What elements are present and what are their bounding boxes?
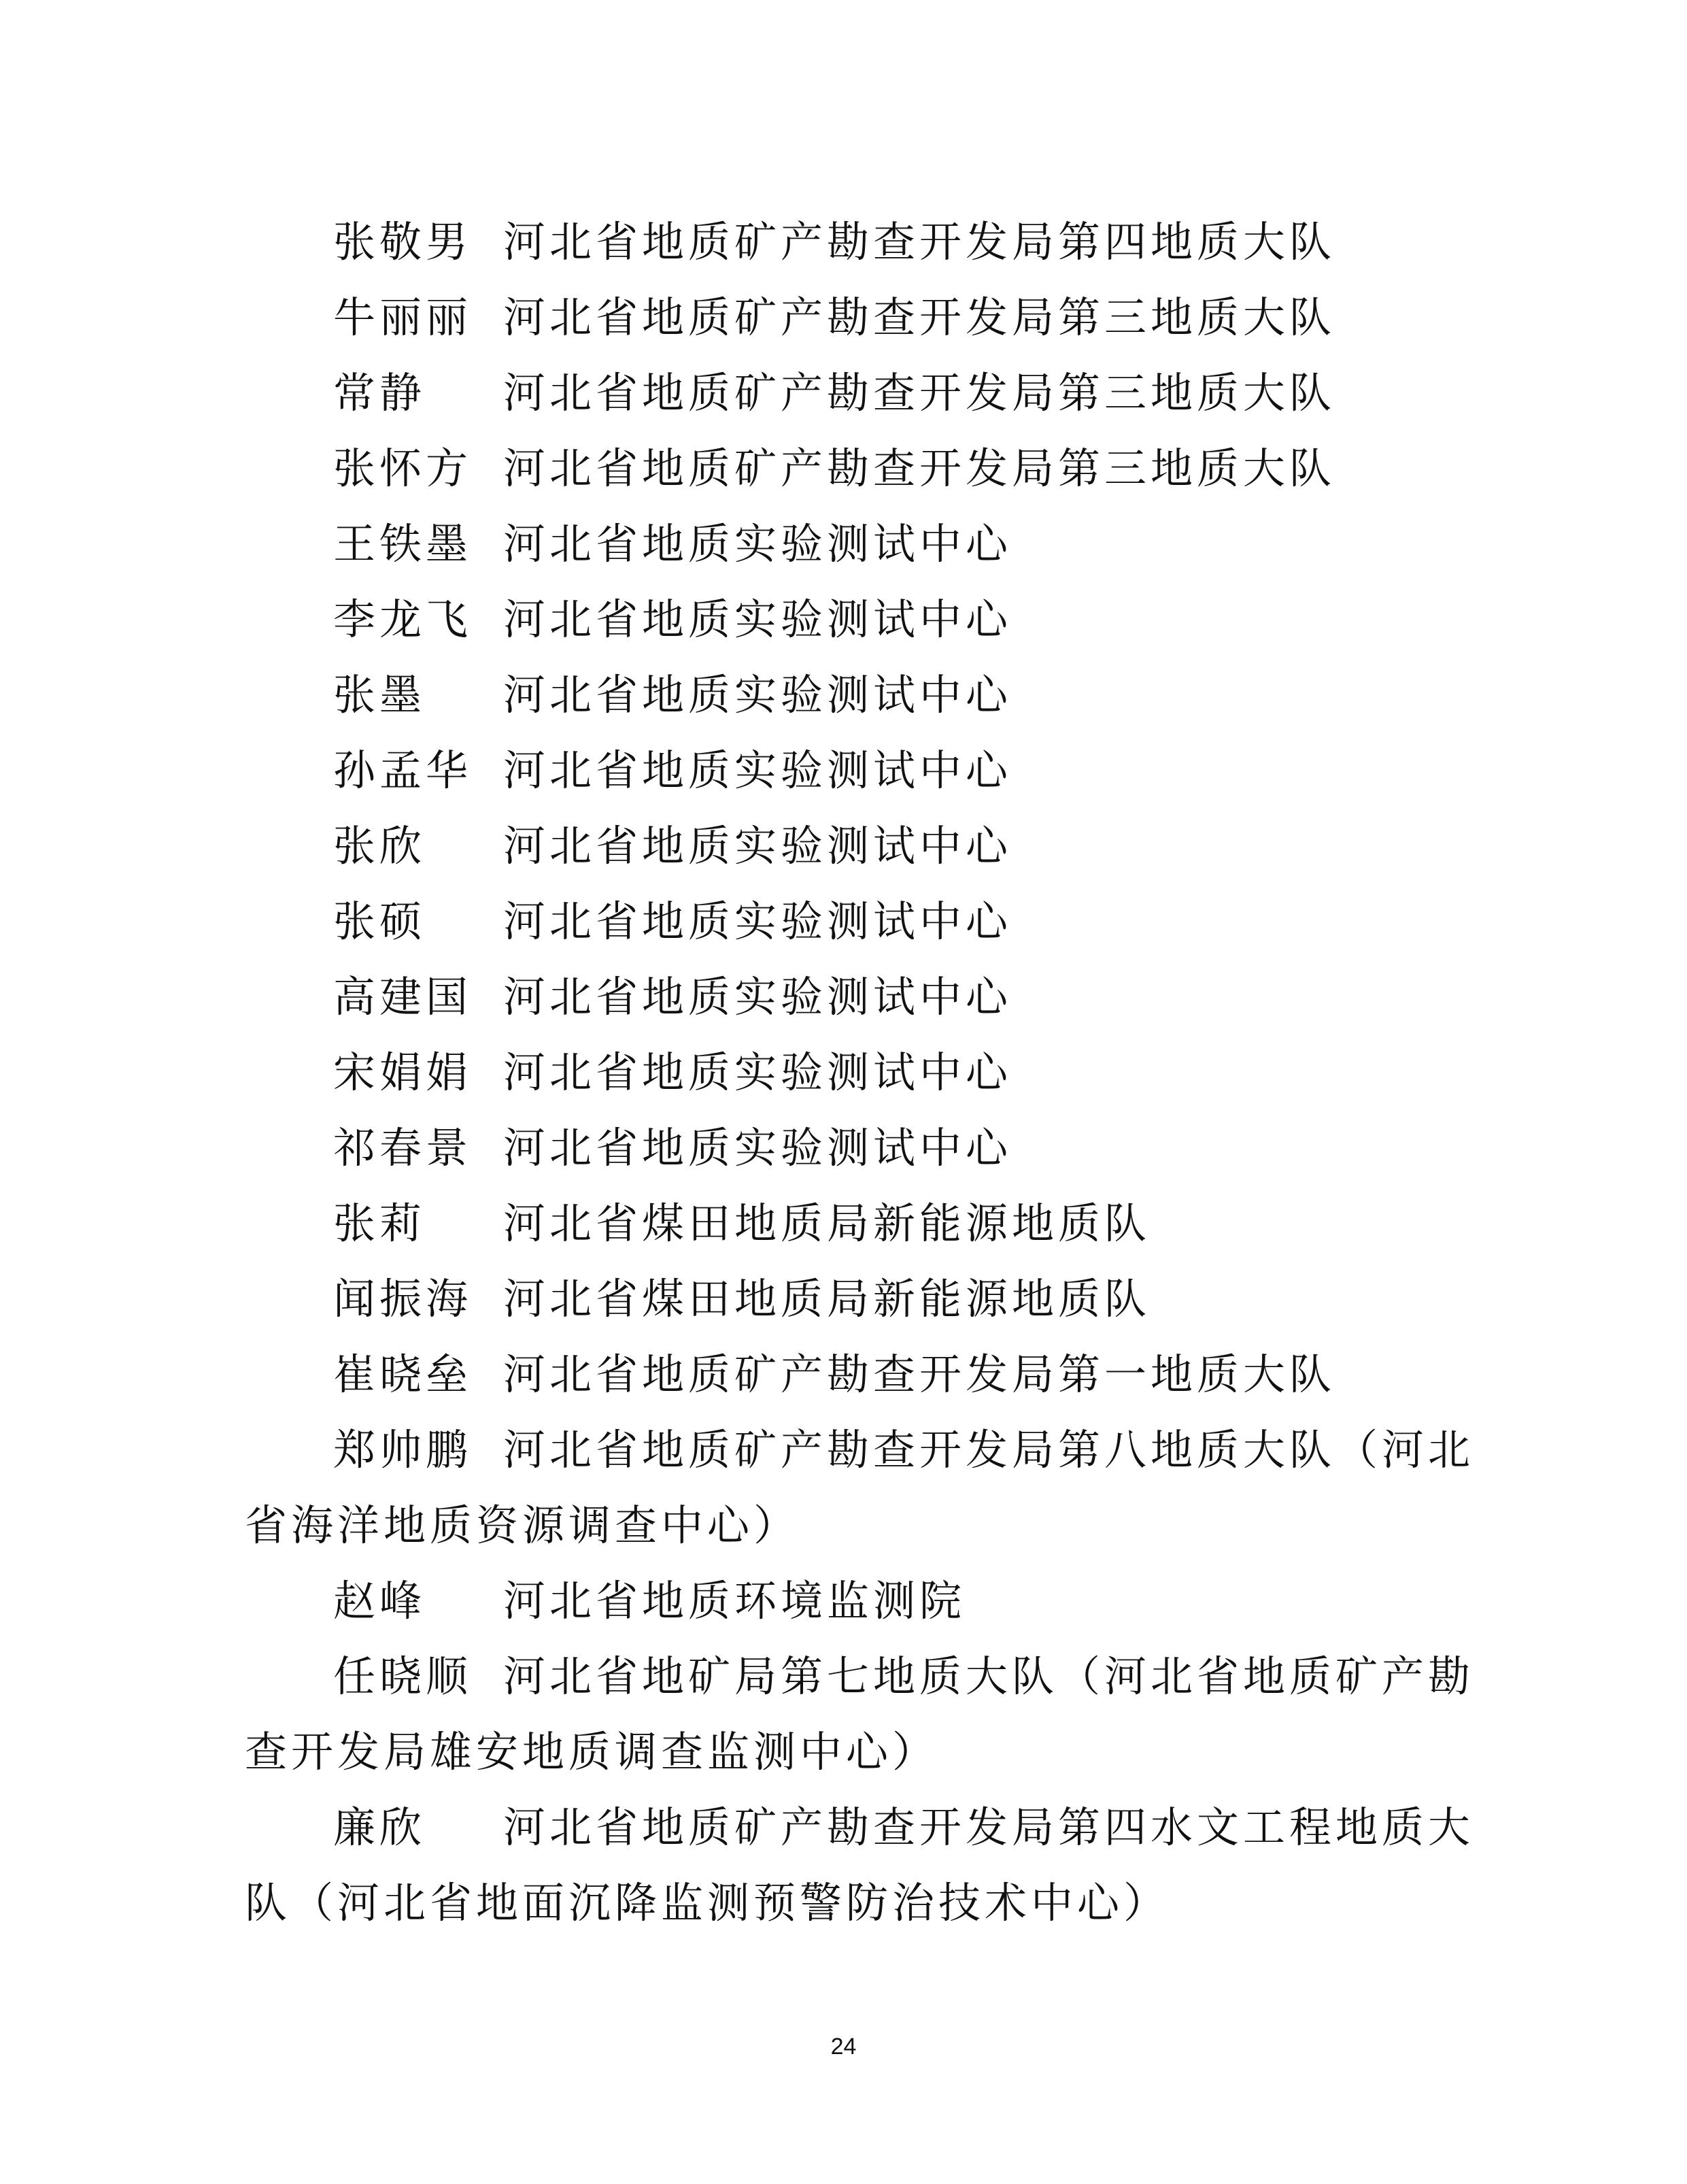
list-item: 高建国河北省地质实验测试中心 xyxy=(245,959,1408,1035)
organization: 河北省地质实验测试中心 xyxy=(503,1047,1012,1097)
organization: 河北省地质矿产勘查开发局第四地质大队 xyxy=(503,217,1335,267)
list-item: 赵峰河北省地质环境监测院 xyxy=(245,1563,1408,1639)
person-name: 张欣 xyxy=(333,808,503,884)
list-item: 祁春景河北省地质实验测试中心 xyxy=(245,1110,1408,1186)
person-name: 张敬男 xyxy=(333,204,503,280)
person-name: 高建国 xyxy=(333,959,503,1035)
person-name: 李龙飞 xyxy=(333,582,503,657)
organization: 河北省地质实验测试中心 xyxy=(503,519,1012,569)
list-item: 牛丽丽河北省地质矿产勘查开发局第三地质大队 xyxy=(245,280,1408,355)
list-item: 廉欣河北省地质矿产勘查开发局第四水文工程地质大队（河北省地面沉降监测预警防治技术… xyxy=(245,1790,1408,1941)
person-name: 郑帅鹏 xyxy=(333,1412,503,1488)
organization: 河北省煤田地质局新能源地质队 xyxy=(503,1198,1151,1248)
person-name: 常静 xyxy=(333,355,503,431)
organization: 河北省地质实验测试中心 xyxy=(503,896,1012,946)
organization: 河北省地质矿产勘查开发局第三地质大队 xyxy=(503,368,1335,418)
list-item: 郑帅鹏河北省地质矿产勘查开发局第八地质大队（河北省海洋地质资源调查中心） xyxy=(245,1412,1408,1563)
person-name: 崔晓垒 xyxy=(333,1337,503,1412)
organization: 河北省地质实验测试中心 xyxy=(503,821,1012,871)
organization: 河北省地质矿产勘查开发局第四水文工程地质大 xyxy=(503,1802,1474,1852)
person-name: 宋娟娟 xyxy=(333,1035,503,1110)
person-name: 张墨 xyxy=(333,657,503,733)
organization: 河北省地质环境监测院 xyxy=(503,1576,966,1626)
list-item: 张硕河北省地质实验测试中心 xyxy=(245,884,1408,959)
person-name: 孙孟华 xyxy=(333,733,503,808)
person-name: 牛丽丽 xyxy=(333,280,503,355)
person-name: 张怀方 xyxy=(333,431,503,506)
organization-continuation: 队（河北省地面沉降监测预警防治技术中心） xyxy=(245,1865,1408,1941)
document-page: 张敬男河北省地质矿产勘查开发局第四地质大队 牛丽丽河北省地质矿产勘查开发局第三地… xyxy=(0,0,1687,2184)
person-name: 赵峰 xyxy=(333,1563,503,1639)
list-item: 张敬男河北省地质矿产勘查开发局第四地质大队 xyxy=(245,204,1408,280)
person-name: 祁春景 xyxy=(333,1110,503,1186)
person-name: 张莉 xyxy=(333,1186,503,1261)
organization: 河北省地质矿产勘查开发局第三地质大队 xyxy=(503,292,1335,342)
organization: 河北省煤田地质局新能源地质队 xyxy=(503,1274,1151,1324)
person-name: 廉欣 xyxy=(333,1790,503,1865)
organization: 河北省地质实验测试中心 xyxy=(503,594,1012,644)
organization: 河北省地质实验测试中心 xyxy=(503,972,1012,1022)
person-name: 任晓顺 xyxy=(333,1639,503,1714)
organization-continuation: 查开发局雄安地质调查监测中心） xyxy=(245,1714,1408,1790)
personnel-list: 张敬男河北省地质矿产勘查开发局第四地质大队 牛丽丽河北省地质矿产勘查开发局第三地… xyxy=(245,204,1408,1941)
list-item: 李龙飞河北省地质实验测试中心 xyxy=(245,582,1408,657)
page-number: 24 xyxy=(0,2034,1687,2060)
list-item: 任晓顺河北省地矿局第七地质大队（河北省地质矿产勘查开发局雄安地质调查监测中心） xyxy=(245,1639,1408,1790)
organization: 河北省地质实验测试中心 xyxy=(503,1123,1012,1173)
list-item: 张怀方河北省地质矿产勘查开发局第三地质大队 xyxy=(245,431,1408,506)
organization: 河北省地质实验测试中心 xyxy=(503,670,1012,720)
list-item: 闻振海河北省煤田地质局新能源地质队 xyxy=(245,1261,1408,1337)
list-item: 宋娟娟河北省地质实验测试中心 xyxy=(245,1035,1408,1110)
list-item: 张欣河北省地质实验测试中心 xyxy=(245,808,1408,884)
list-item: 孙孟华河北省地质实验测试中心 xyxy=(245,733,1408,808)
organization-continuation: 省海洋地质资源调查中心） xyxy=(245,1488,1408,1563)
organization: 河北省地质矿产勘查开发局第一地质大队 xyxy=(503,1349,1335,1399)
organization: 河北省地质矿产勘查开发局第三地质大队 xyxy=(503,443,1335,493)
person-name: 闻振海 xyxy=(333,1261,503,1337)
person-name: 王铁墨 xyxy=(333,506,503,582)
organization: 河北省地质矿产勘查开发局第八地质大队（河北 xyxy=(503,1425,1474,1475)
organization: 河北省地矿局第七地质大队（河北省地质矿产勘 xyxy=(503,1651,1474,1701)
organization: 河北省地质实验测试中心 xyxy=(503,745,1012,795)
list-item: 张墨河北省地质实验测试中心 xyxy=(245,657,1408,733)
person-name: 张硕 xyxy=(333,884,503,959)
list-item: 常静河北省地质矿产勘查开发局第三地质大队 xyxy=(245,355,1408,431)
list-item: 张莉河北省煤田地质局新能源地质队 xyxy=(245,1186,1408,1261)
list-item: 崔晓垒河北省地质矿产勘查开发局第一地质大队 xyxy=(245,1337,1408,1412)
list-item: 王铁墨河北省地质实验测试中心 xyxy=(245,506,1408,582)
